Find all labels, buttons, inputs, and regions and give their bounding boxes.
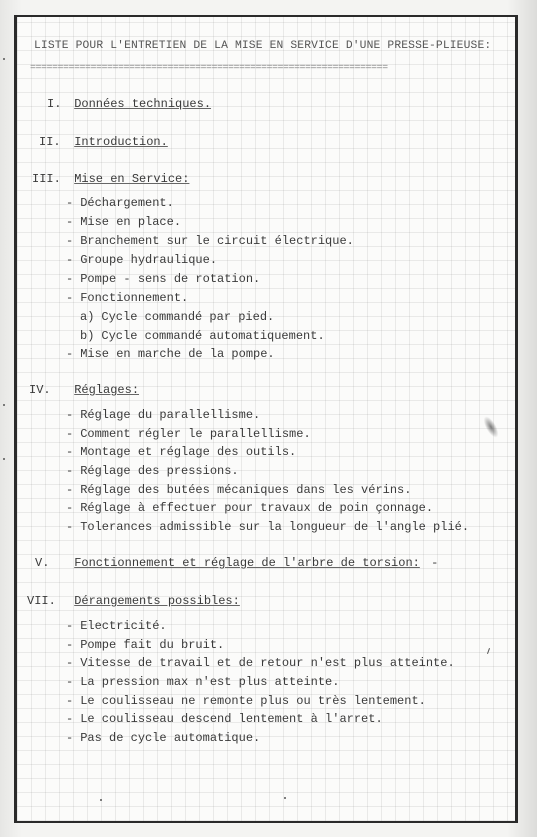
list-item: -Mise en marche de la pompe.: [66, 347, 275, 361]
item-marker: -: [66, 408, 73, 422]
scan-speck: [3, 58, 5, 60]
scan-speck: [100, 799, 102, 801]
section-heading: II. Introduction.: [39, 135, 168, 149]
list-item: -Mise en place.: [66, 215, 181, 229]
section-heading: I. Données techniques.: [47, 97, 211, 111]
section-title: Introduction.: [74, 135, 168, 149]
item-text: Pas de cycle automatique.: [80, 731, 260, 745]
section-title: Réglages:: [74, 383, 139, 397]
sub-list-item: b)Cycle commandé automatiquement.: [80, 329, 325, 343]
item-text: Fonctionnement.: [80, 291, 188, 305]
item-text: Réglage à effectuer pour travaux de poin…: [80, 501, 433, 515]
section-numeral: II.: [39, 135, 67, 149]
item-marker: -: [66, 234, 73, 248]
list-item: -Déchargement.: [66, 196, 174, 210]
section-numeral: I.: [47, 97, 67, 111]
item-marker: -: [66, 483, 73, 497]
item-text: Réglage des pressions.: [80, 464, 238, 478]
item-marker: -: [66, 196, 73, 210]
list-item: -Tolerances admissible sur la longueur d…: [66, 520, 469, 534]
item-marker: -: [66, 347, 73, 361]
item-marker: -: [66, 427, 73, 441]
list-item: -Groupe hydraulique.: [66, 253, 217, 267]
item-marker: -: [66, 675, 73, 689]
trailing-dash: -: [431, 556, 438, 570]
item-text: Groupe hydraulique.: [80, 253, 217, 267]
item-text: Déchargement.: [80, 196, 174, 210]
list-item: -Le coulisseau ne remonte plus ou très l…: [66, 694, 426, 708]
list-item: -Fonctionnement.: [66, 291, 188, 305]
list-item: -Pompe fait du bruit.: [66, 638, 224, 652]
item-marker: -: [66, 464, 73, 478]
item-marker: -: [66, 694, 73, 708]
item-text: Cycle commandé par pied.: [101, 310, 274, 324]
item-text: Mise en place.: [80, 215, 181, 229]
section-heading: V. Fonctionnement et réglage de l'arbre …: [35, 556, 438, 570]
item-marker: b): [80, 329, 94, 343]
item-marker: -: [66, 253, 73, 267]
document-title: LISTE POUR L'ENTRETIEN DE LA MISE EN SER…: [34, 40, 491, 52]
item-marker: -: [66, 215, 73, 229]
section-numeral: IV.: [29, 383, 67, 397]
item-text: Cycle commandé automatiquement.: [101, 329, 324, 343]
list-item: -Pompe - sens de rotation.: [66, 272, 260, 286]
item-marker: -: [66, 638, 73, 652]
item-marker: -: [66, 656, 73, 670]
item-text: Montage et réglage des outils.: [80, 445, 296, 459]
list-item: -Montage et réglage des outils.: [66, 445, 296, 459]
item-text: Réglage des butées mécaniques dans les v…: [80, 483, 411, 497]
section-numeral: V.: [35, 556, 67, 570]
list-item: -Electricité.: [66, 619, 167, 633]
list-item: -Réglage des pressions.: [66, 464, 239, 478]
list-item: -Réglage des butées mécaniques dans les …: [66, 483, 411, 497]
section-title: Données techniques.: [74, 97, 211, 111]
section-title: Dérangements possibles:: [74, 594, 240, 608]
list-item: -Vitesse de travail et de retour n'est p…: [66, 656, 455, 670]
list-item: -Réglage à effectuer pour travaux de poi…: [66, 501, 433, 515]
item-marker: -: [66, 731, 73, 745]
scan-speck: [284, 797, 286, 799]
item-text: Le coulisseau ne remonte plus ou très le…: [80, 694, 426, 708]
section-numeral: VII.: [27, 594, 67, 608]
item-text: Mise en marche de la pompe.: [80, 347, 274, 361]
section-numeral: III.: [32, 172, 67, 186]
item-text: Comment régler le parallellisme.: [80, 427, 310, 441]
scan-speck: [3, 404, 5, 406]
section-title: Mise en Service:: [74, 172, 189, 186]
item-marker: a): [80, 310, 94, 324]
section-heading: VII. Dérangements possibles:: [27, 594, 240, 608]
item-text: Le coulisseau descend lentement à l'arre…: [80, 712, 382, 726]
item-marker: -: [66, 291, 73, 305]
title-underline-rule: ========================================…: [30, 63, 508, 74]
item-text: Vitesse de travail et de retour n'est pl…: [80, 656, 454, 670]
item-marker: -: [66, 501, 73, 515]
item-marker: -: [66, 445, 73, 459]
section-heading: IV. Réglages:: [29, 383, 139, 397]
item-text: La pression max n'est plus atteinte.: [80, 675, 339, 689]
list-item: -La pression max n'est plus atteinte.: [66, 675, 339, 689]
item-text: Réglage du parallellisme.: [80, 408, 260, 422]
item-marker: -: [66, 272, 73, 286]
list-item: -Réglage du parallellisme.: [66, 408, 260, 422]
sub-list-item: a)Cycle commandé par pied.: [80, 310, 274, 324]
item-text: Pompe - sens de rotation.: [80, 272, 260, 286]
list-item: -Comment régler le parallellisme.: [66, 427, 311, 441]
section-heading: III. Mise en Service:: [32, 172, 189, 186]
list-item: -Le coulisseau descend lentement à l'arr…: [66, 712, 383, 726]
item-text: Electricité.: [80, 619, 166, 633]
item-marker: -: [66, 520, 73, 534]
list-item: -Pas de cycle automatique.: [66, 731, 260, 745]
item-marker: -: [66, 619, 73, 633]
list-item: -Branchement sur le circuit électrique.: [66, 234, 354, 248]
section-title: Fonctionnement et réglage de l'arbre de …: [74, 556, 420, 570]
scan-speck: [3, 458, 5, 460]
item-text: Tolerances admissible sur la longueur de…: [80, 520, 469, 534]
item-marker: -: [66, 712, 73, 726]
item-text: Pompe fait du bruit.: [80, 638, 224, 652]
item-text: Branchement sur le circuit électrique.: [80, 234, 354, 248]
